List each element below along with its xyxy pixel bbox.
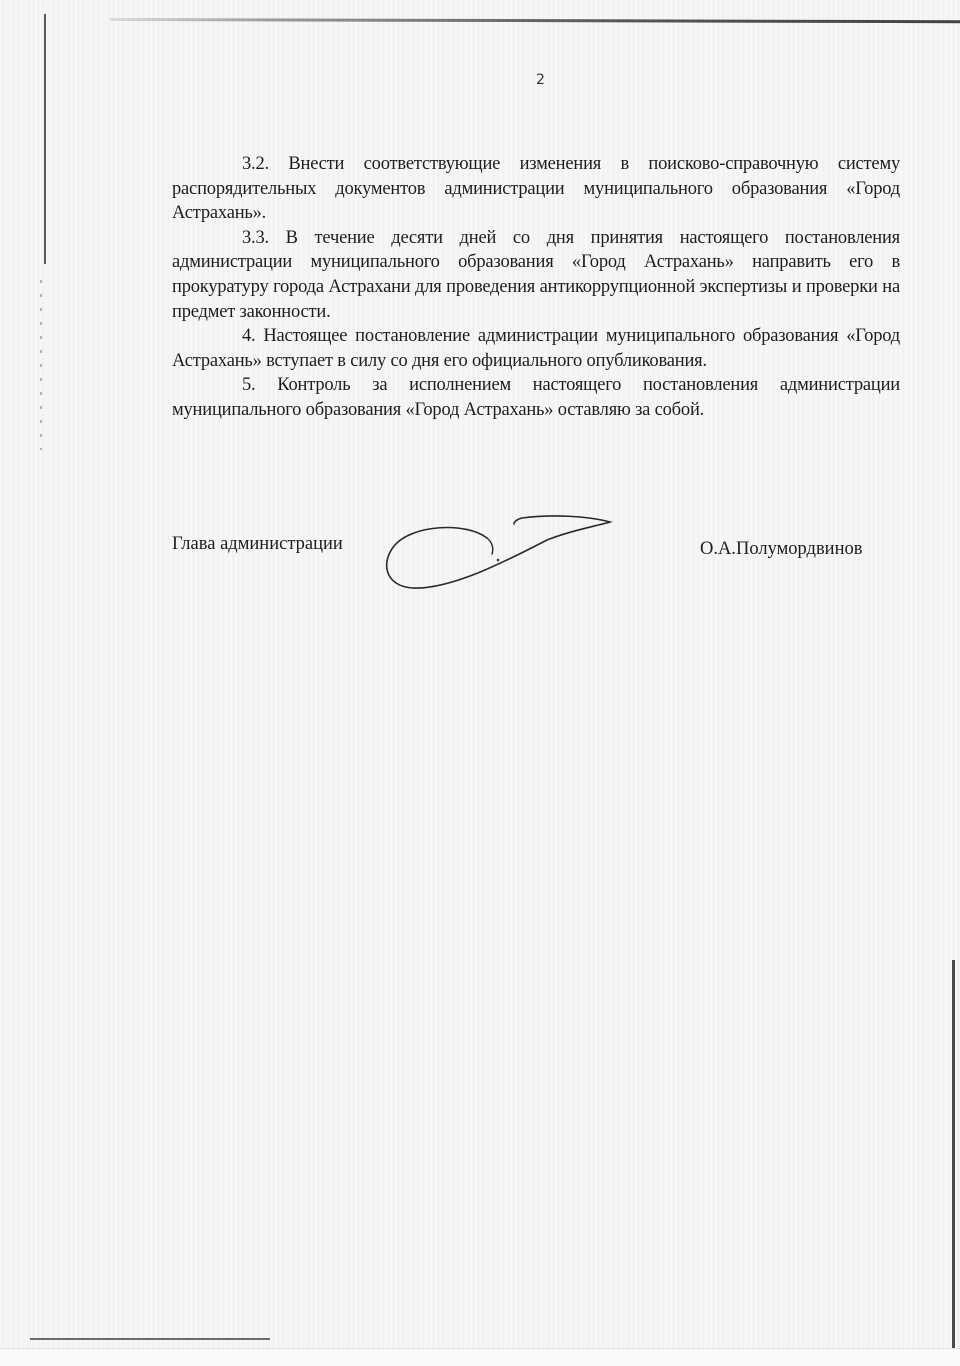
paragraph-3-3: 3.3. В течение десяти дней со дня принят… [172, 226, 900, 324]
scan-edge-left-marks [40, 280, 42, 450]
scan-edge-left [44, 14, 46, 264]
signatory-position: Глава администрации [172, 534, 343, 555]
document-body: 3.2. Внести соответствующие изменения в … [172, 152, 900, 423]
scanned-document-page: 2 3.2. Внести соответствующие изменения … [0, 0, 960, 1348]
handwritten-signature-icon [372, 508, 622, 598]
scan-edge-top [110, 18, 960, 23]
scan-edge-bottom [30, 1338, 270, 1340]
paragraph-5: 5. Контроль за исполнением настоящего по… [172, 373, 900, 422]
paragraph-4: 4. Настоящее постановление администрации… [172, 324, 900, 373]
paragraph-3-2: 3.2. Внести соответствующие изменения в … [172, 152, 900, 226]
signature-block: Глава администрации О.А.Полумордвинов [172, 530, 900, 590]
scan-edge-right [952, 960, 955, 1348]
viewer-bottom-strip [0, 1348, 960, 1366]
page-number: 2 [536, 72, 545, 88]
signatory-name: О.А.Полумордвинов [700, 539, 862, 560]
